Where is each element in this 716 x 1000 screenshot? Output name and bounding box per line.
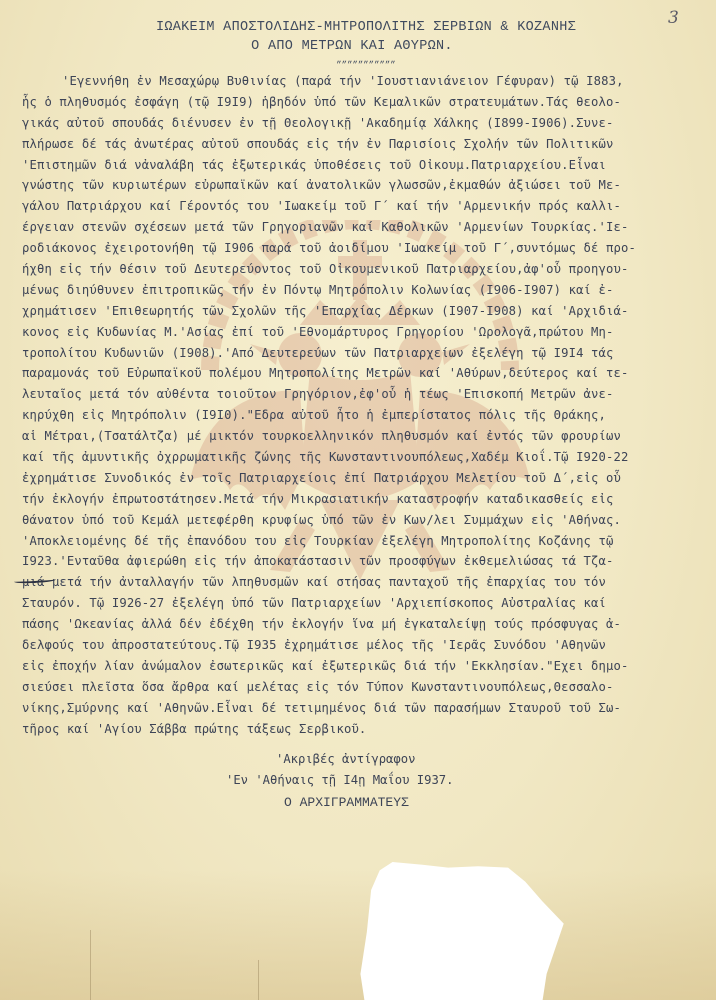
body-line: μιά μετά τήν ἀνταλλαγήν τῶν λπηθυσμῶν κα… [22, 572, 712, 593]
paper-crease [90, 930, 91, 1000]
body-line: ἧς ὁ πληθυσμός ἐσφάγη (τῷ Ι9Ι9) ἡβηδόν ὑ… [22, 92, 712, 113]
paper-stain [0, 870, 716, 1000]
body-line: Ι923.'Ενταῦθα ἀφιερώθη εἰς τήν ἀποκατάστ… [22, 551, 712, 572]
body-line: πάσης 'Ωκεανίας ἀλλά δέν ἐδέχθη τήν ἐκλο… [22, 614, 712, 635]
body-line: κονος εἰς Κυδωνίας Μ.'Ασίας ἐπί τοῦ 'Εθν… [22, 322, 712, 343]
body-line: εἰς ἐποχήν λίαν ἀνώμαλον ἐσωτερικῶς καί … [22, 656, 712, 677]
body-line: μένως διηύθυνεν ἐπιτροπικῶς τήν ἐν Πόντῳ… [22, 280, 712, 301]
body-line: γικάς αὐτοῦ σπουδάς διένυσεν ἐν τῇ Θεολο… [22, 113, 712, 134]
title-underline-marks: „„„„„„„„„„„ [8, 55, 716, 65]
body-line: γάλου Πατριάρχου καί Γέροντός του 'Ιωακε… [22, 196, 712, 217]
document-subtitle: Ο ΑΠΟ ΜΕΤΡΩΝ ΚΑΙ ΑΘΥΡΩΝ. [0, 39, 710, 54]
body-line: τροπολίτου Κυδωνιῶν (Ι908).'Από Δευτερεύ… [22, 343, 712, 364]
body-line: τῆρος καί 'Αγίου Σάββα πρώτης τάξεως Σερ… [22, 719, 712, 740]
body-line: λευταῖος μετά τόν αὐθέντα τοιοῦτον Γρηγό… [22, 384, 712, 405]
body-line: 'Επιστημῶν διά νἀναλάβη τάς ἐξωτερικάς ὑ… [22, 155, 712, 176]
document-page: 3 ΙΩΑΚΕΙΜ ΑΠΟΣΤΟΛΙΔΗΣ-ΜΗΤΡΟΠΟΛΙΤΗΣ ΣΕΡΒΙ… [0, 0, 716, 1000]
document-body: 'Εγεννήθη ἐν Μεσαχώρῳ Βυθινίας (παρά τήν… [22, 71, 712, 740]
body-line: Σταυρόν. Τῷ Ι926-27 ἐξελέγη ὑπό τῶν Πατρ… [22, 593, 712, 614]
body-line: τήν ἐκλογήν ἐπρωτοστάτησεν.Μετά τήν Μικρ… [22, 489, 712, 510]
body-line: θάνατον ὑπό τοῦ Κεμάλ μετεφέρθη κρυφίως … [22, 510, 712, 531]
body-line: ἐχρημάτισε Συνοδικός ἐν τοῖς Πατριαρχείο… [22, 468, 712, 489]
body-line: χρημάτισεν 'Επιθεωρητής τῶν Σχολῶν τῆς '… [22, 301, 712, 322]
body-line: παραμονάς τοῦ Εὐρωπαϊκοῦ πολέμου Μητροπο… [22, 363, 712, 384]
body-line: ήχθη εἰς τήν θέσιν τοῦ Δευτερεύοντος τοῦ… [22, 259, 712, 280]
body-line: 'Εγεννήθη ἐν Μεσαχώρῳ Βυθινίας (παρά τήν… [22, 71, 712, 92]
place-and-date: 'Εν 'Αθήναις τῇ Ι4ῃ Μαΐου Ι937. [226, 773, 453, 787]
body-line: έργειαν στενῶν σχέσεων μετά τῶν Γρηγορια… [22, 217, 712, 238]
body-line: γνώστης τῶν κυριωτέρων εὐρωπαϊκῶν καί ἀν… [22, 175, 712, 196]
body-line: ροδιάκονος ἐχειροτονήθη τῷ Ι906 παρά τοῦ… [22, 238, 712, 259]
body-line: δελφούς του ἀπροστατεύτους.Τῷ Ι935 ἐχρημ… [22, 635, 712, 656]
body-line: πλήρωσε δέ τάς ἀνωτέρας αὐτοῦ σπουδάς εἰ… [22, 134, 712, 155]
body-line: καί τῆς ἀμυντικῆς ὀχρρωματικῆς ζώνης τῆς… [22, 447, 712, 468]
body-line: νίκης,Σμύρνης καί 'Αθηνῶν.Εἶναι δέ τετιμ… [22, 698, 712, 719]
body-line: κηρύχθη εἰς Μητρόπολιν (Ι9Ι0)."Εδρα αὐτο… [22, 405, 712, 426]
body-line: σιεύσει πλεῖστα ὅσα ἄρθρα καί μελέτας εἰ… [22, 677, 712, 698]
document-title: ΙΩΑΚΕΙΜ ΑΠΟΣΤΟΛΙΔΗΣ-ΜΗΤΡΟΠΟΛΙΤΗΣ ΣΕΡΒΙΩΝ… [8, 20, 716, 35]
certified-copy-note: 'Ακριβές ἀντίγραφον [276, 752, 415, 766]
paper-crease [258, 960, 259, 1000]
body-line: 'Αποκλειομένης δέ τῆς ἐπανόδου του εἰς Τ… [22, 531, 712, 552]
body-line: αἱ Μέτραι,(Τσατάλτζα) μέ μικτόν τουρκοελ… [22, 426, 712, 447]
signatory-title: Ο ΑΡΧΙΓΡΑΜΜΑΤΕΥΣ [284, 795, 409, 810]
